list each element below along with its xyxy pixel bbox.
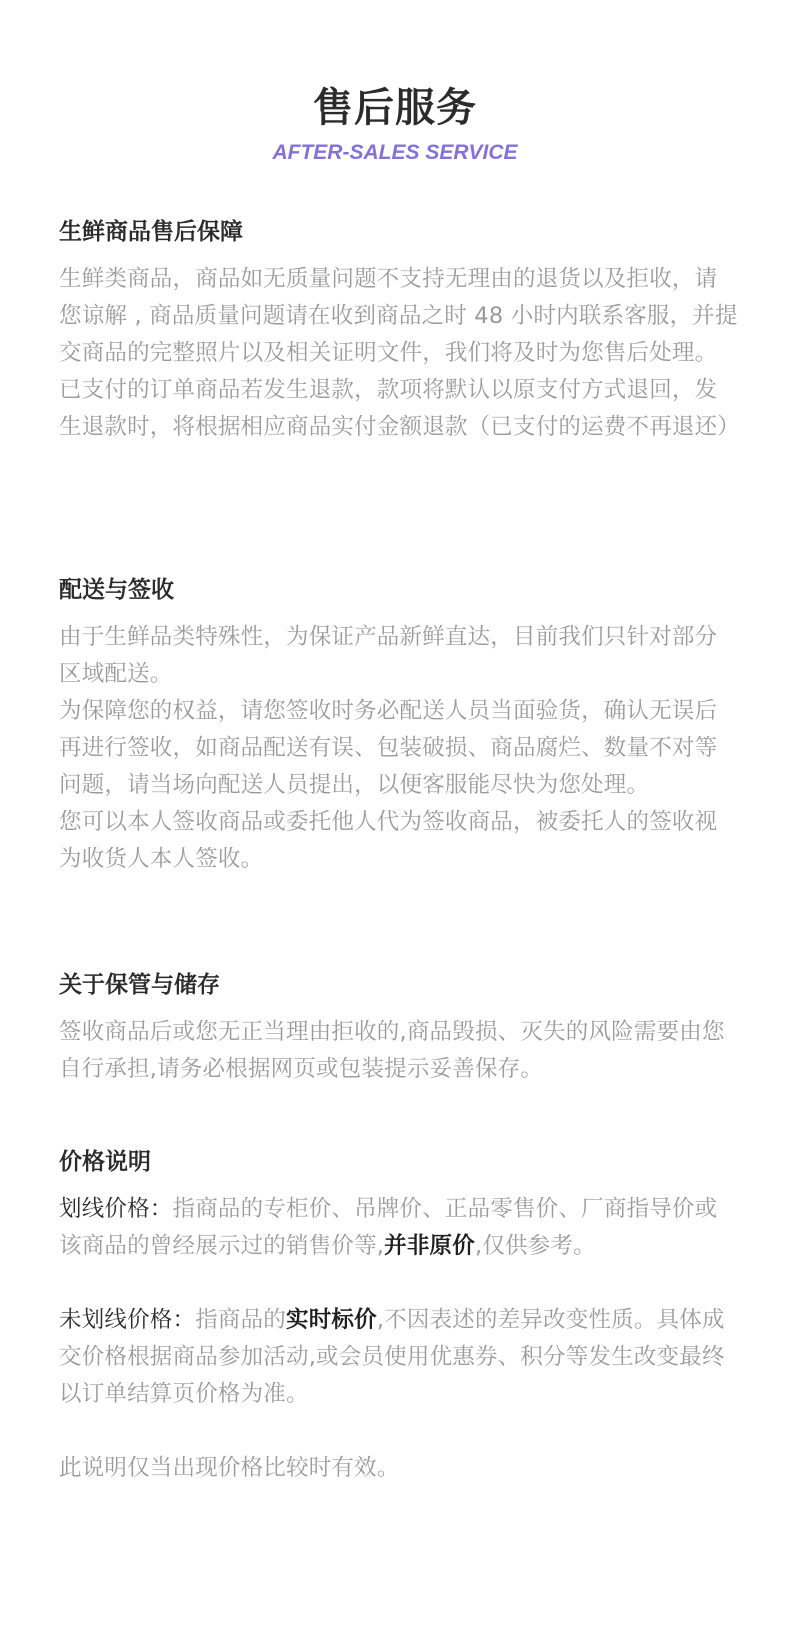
section-storage: 关于保管与储存 签收商品后或您无正当理由拒收的,商品毁损、灭失的风险需要由您自行… xyxy=(59,970,739,1088)
crossed-price-paragraph: 划线价格：指商品的专柜价、吊牌价、正品零售价、厂商指导价或该商品的曾经展示过的销… xyxy=(59,1191,739,1265)
uncrossed-price-text: 指商品的 xyxy=(195,1307,286,1333)
after-sales-page: 售后服务 AFTER-SALES SERVICE 生鲜商品售后保障 生鲜类商品，… xyxy=(0,0,790,1632)
crossed-price-text-after: ,仅供参考。 xyxy=(475,1233,596,1259)
page-subtitle: AFTER-SALES SERVICE xyxy=(0,140,790,166)
page-header: 售后服务 AFTER-SALES SERVICE xyxy=(0,82,790,166)
paragraph: 您可以本人签收商品或委托他人代为签收商品，被委托人的签收视为收货人本人签收。 xyxy=(59,804,739,878)
section-title: 价格说明 xyxy=(59,1147,739,1177)
section-title: 生鲜商品售后保障 xyxy=(59,217,739,247)
section-delivery-and-receipt: 配送与签收 由于生鲜品类特殊性，为保证产品新鲜直达，目前我们只针对部分区域配送。… xyxy=(59,575,739,878)
paragraph: 生鲜类商品，商品如无质量问题不支持无理由的退货以及拒收，请您谅解 , 商品质量问… xyxy=(59,261,739,372)
price-note: 此说明仅当出现价格比较时有效。 xyxy=(59,1450,739,1487)
spacer xyxy=(59,1413,739,1450)
paragraph: 已支付的订单商品若发生退款，款项将默认以原支付方式退回，发生退款时，将根据相应商… xyxy=(59,372,739,446)
uncrossed-price-paragraph: 未划线价格：指商品的实时标价,不因表述的差异改变性质。具体成交价格根据商品参加活… xyxy=(59,1302,739,1413)
spacer xyxy=(59,1265,739,1302)
crossed-price-label: 划线价格： xyxy=(59,1196,173,1222)
page-title: 售后服务 xyxy=(0,82,790,134)
paragraph: 签收商品后或您无正当理由拒收的,商品毁损、灭失的风险需要由您自行承担,请务必根据… xyxy=(59,1014,739,1088)
uncrossed-price-emphasis: 实时标价 xyxy=(286,1307,377,1333)
paragraph: 为保障您的权益，请您签收时务必配送人员当面验货，确认无误后再进行签收，如商品配送… xyxy=(59,693,739,804)
section-price-explanation: 价格说明 划线价格：指商品的专柜价、吊牌价、正品零售价、厂商指导价或该商品的曾经… xyxy=(59,1147,739,1487)
section-fresh-goods-guarantee: 生鲜商品售后保障 生鲜类商品，商品如无质量问题不支持无理由的退货以及拒收，请您谅… xyxy=(59,217,739,446)
crossed-price-emphasis: 并非原价 xyxy=(384,1233,475,1259)
section-title: 关于保管与储存 xyxy=(59,970,739,1000)
uncrossed-price-label: 未划线价格： xyxy=(59,1307,195,1333)
paragraph: 由于生鲜品类特殊性，为保证产品新鲜直达，目前我们只针对部分区域配送。 xyxy=(59,619,739,693)
section-title: 配送与签收 xyxy=(59,575,739,605)
